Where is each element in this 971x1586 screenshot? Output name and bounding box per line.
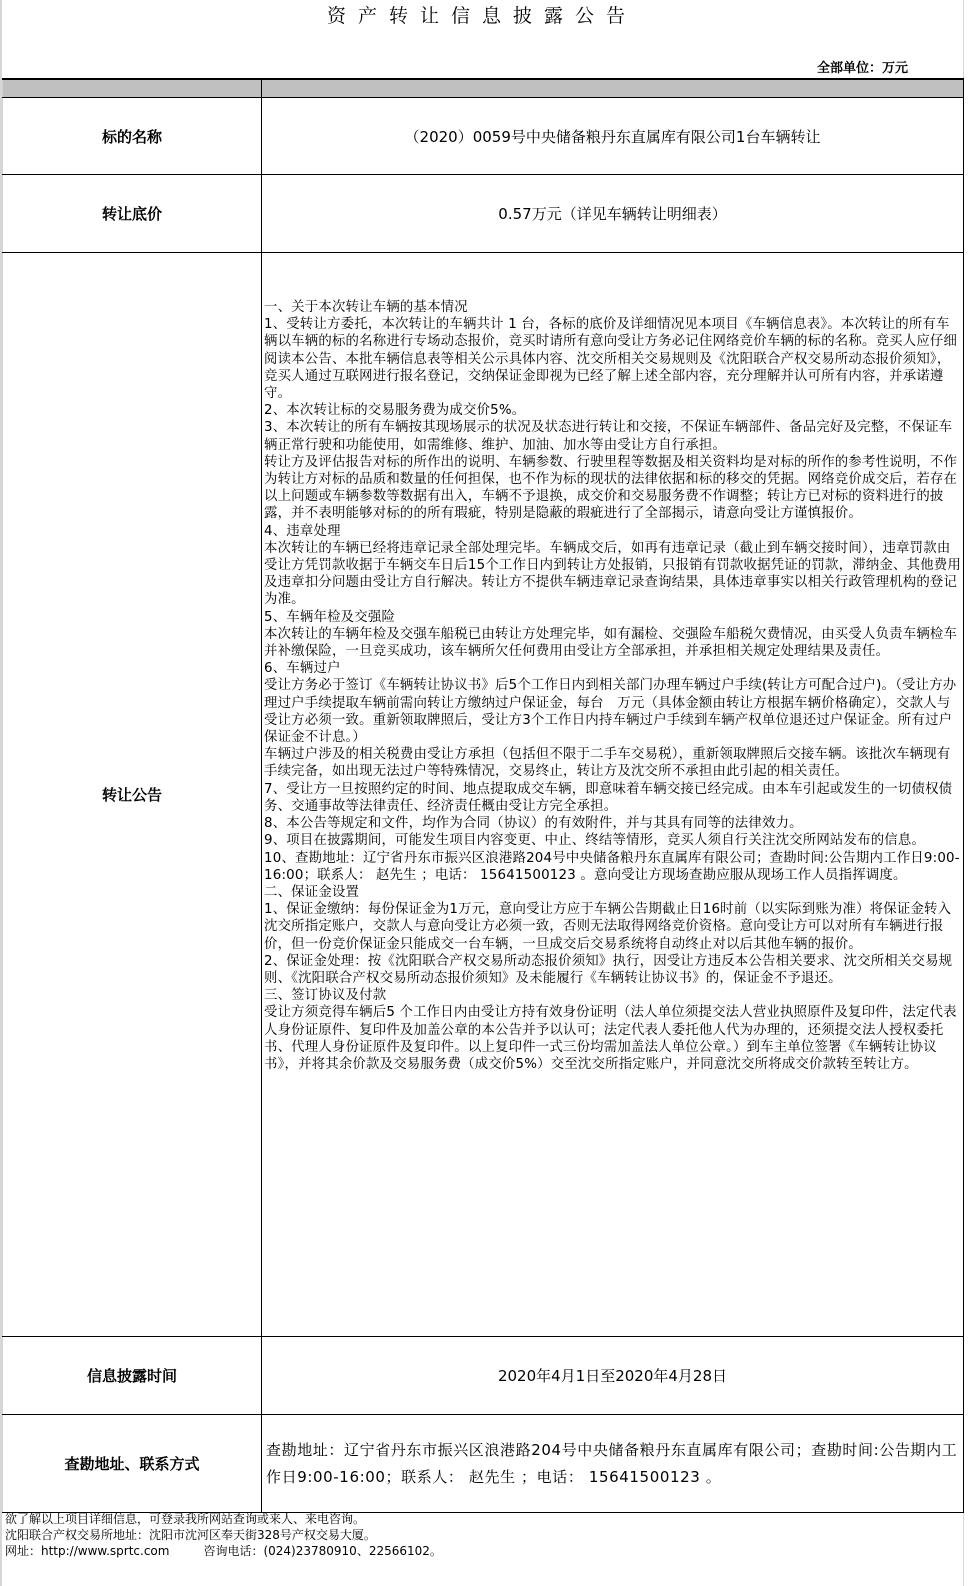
announcement-label: 转让公告: [3, 253, 262, 1337]
reserve-price-value: 0.57万元（详见车辆转让明细表）: [262, 175, 964, 253]
target-name-label: 标的名称: [3, 98, 262, 175]
announcement-paragraph: 6、车辆过户: [264, 660, 961, 677]
announcement-paragraph: 一、关于本次转让车辆的基本情况: [264, 299, 961, 316]
table-row-disclosure-period: 信息披露时间 2020年4月1日至2020年4月28日: [3, 1337, 964, 1415]
disclosure-period-label: 信息披露时间: [3, 1337, 262, 1415]
page-title: 资产转让信息披露公告: [2, 3, 962, 29]
announcement-paragraph: 1、保证金缴纳：每份保证金为1万元，意向受让方应于车辆公告期截止日16时前（以实…: [264, 901, 961, 953]
announcement-paragraph: 转让方及评估报告对标的所作出的说明、车辆参数、行驶里程等数据及相关资料均是对标的…: [264, 454, 961, 523]
header-cell-value: [262, 79, 964, 98]
announcement-paragraph: 本次转让的车辆已经将违章记录全部处理完毕。车辆成交后，如再有违章记录（截止到车辆…: [264, 540, 961, 609]
consult-phone: 咨询电话：(024)23780910、22566102。: [203, 1544, 441, 1558]
table-row-reserve-price: 转让底价 0.57万元（详见车辆转让明细表）: [3, 175, 964, 253]
table-header-row: [3, 79, 964, 98]
announcement-paragraph: 7、受让方一旦按照约定的时间、地点提取成交车辆，即意味着车辆交接已经完成。由本车…: [264, 781, 961, 815]
right-margin-strip: [963, 0, 971, 1586]
footer-line-inquiry: 欲了解以上项目详细信息，可登录我所网站查询或来人、来电咨询。: [5, 1511, 442, 1527]
announcement-paragraph: 受让方务必于签订《车辆转让协议书》后5个工作日内到相关部门办理车辆过户手续(转让…: [264, 677, 961, 746]
announcement-body: 一、关于本次转让车辆的基本情况1、受转让方委托，本次转让的车辆共计 1 台，各标…: [264, 255, 961, 1073]
announcement-paragraph: 2、保证金处理：按《沈阳联合产权交易所动态报价须知》执行，因受让方违反本公告相关…: [264, 953, 961, 987]
announcement-paragraph: 受让方须竞得车辆后5 个工作日内由受让方持有效身份证明（法人单位须提交法人营业执…: [264, 1004, 961, 1073]
announcement-paragraph: 三、签订协议及付款: [264, 987, 961, 1004]
announcement-paragraph: 1、受转让方委托，本次转让的车辆共计 1 台，各标的底价及详细情况见本项目《车辆…: [264, 316, 961, 402]
announcement-paragraph: 车辆过户涉及的相关税费由受让方承担（包括但不限于二手车交易税），重新领取牌照后交…: [264, 746, 961, 780]
announcement-paragraph: 9、项目在披露期间，可能发生项目内容变更、中止、终结等情形，竞买人须自行关注沈交…: [264, 832, 961, 849]
footer-line-address: 沈阳联合产权交易所地址：沈阳市沈河区奉天街328号产权交易大厦。: [5, 1527, 442, 1543]
disclosure-table: 标的名称 （2020）0059号中央储备粮丹东直属库有限公司1台车辆转让 转让底…: [2, 78, 964, 1513]
announcement-paragraph: 5、车辆年检及交强险: [264, 609, 961, 626]
target-name-value: （2020）0059号中央储备粮丹东直属库有限公司1台车辆转让: [262, 98, 964, 175]
announcement-paragraph: 2、本次转让标的交易服务费为成交价5%。: [264, 402, 961, 419]
announcement-paragraph: 本次转让的车辆年检及交强车船税已由转让方处理完毕，如有漏检、交强险车船税欠费情况…: [264, 626, 961, 660]
announcement-paragraph: 二、保证金设置: [264, 884, 961, 901]
announcement-paragraph: 10、查勘地址：辽宁省丹东市振兴区浪港路204号中央储备粮丹东直属库有限公司；查…: [264, 850, 961, 884]
announcement-content: 一、关于本次转让车辆的基本情况1、受转让方委托，本次转让的车辆共计 1 台，各标…: [262, 253, 964, 1337]
table-row-contact: 查勘地址、联系方式 查勘地址：辽宁省丹东市振兴区浪港路204号中央储备粮丹东直属…: [3, 1415, 964, 1513]
announcement-paragraph: 8、本公告等规定和文件，均作为合同（协议）的有效附件，并与其具有同等的法律效力。: [264, 815, 961, 832]
contact-value: 查勘地址：辽宁省丹东市振兴区浪港路204号中央储备粮丹东直属库有限公司；查勘时间…: [262, 1415, 964, 1513]
announcement-paragraph: 4、违章处理: [264, 523, 961, 540]
website-link[interactable]: 网址：http://www.sprtc.com: [5, 1544, 169, 1558]
contact-label: 查勘地址、联系方式: [3, 1415, 262, 1513]
disclosure-period-value: 2020年4月1日至2020年4月28日: [262, 1337, 964, 1415]
reserve-price-label: 转让底价: [3, 175, 262, 253]
footer-info: 欲了解以上项目详细信息，可登录我所网站查询或来人、来电咨询。 沈阳联合产权交易所…: [5, 1511, 442, 1559]
table-row-target-name: 标的名称 （2020）0059号中央储备粮丹东直属库有限公司1台车辆转让: [3, 98, 964, 175]
header-cell-label: [3, 79, 262, 98]
footer-line-web-phone: 网址：http://www.sprtc.com咨询电话：(024)2378091…: [5, 1543, 442, 1559]
table-row-announcement: 转让公告 一、关于本次转让车辆的基本情况1、受转让方委托，本次转让的车辆共计 1…: [3, 253, 964, 1337]
unit-note: 全部单位：万元: [817, 60, 908, 78]
announcement-paragraph: 3、本次转让的所有车辆按其现场展示的状况及状态进行转让和交接，不保证车辆部件、备…: [264, 419, 961, 453]
